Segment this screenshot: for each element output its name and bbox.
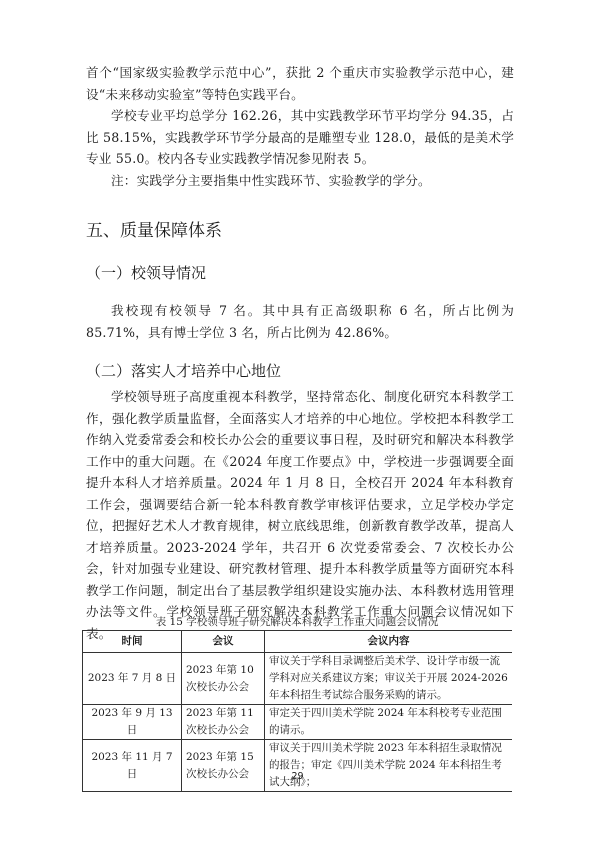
header-date: 时间: [83, 631, 182, 653]
document-page: 首个“国家级实验教学示范中心”，获批 2 个重庆市实验教学示范中心，建设“未来移…: [0, 0, 595, 842]
paragraph-note: 注：实践学分主要指集中性实践环节、实验教学的学分。: [86, 170, 514, 192]
section-heading-quality-assurance: 五、质量保障体系: [86, 216, 222, 241]
cell-date: 2023 年 7 月 8 日: [83, 653, 182, 705]
page-number: 29: [0, 771, 595, 782]
header-content: 会议内容: [265, 631, 513, 653]
table-row: 2023 年 9 月 13 日 2023 年第 11 次校长办公会 审定关于四川…: [83, 705, 513, 740]
cell-content: 审议关于学科目录调整后美术学、设计学市级一流学科对应关系建议方案；审议关于开展 …: [265, 653, 513, 705]
cell-content: 审议关于四川美术学院 2023 年本科招生录取情况的报告；审定《四川美术学院 2…: [265, 740, 513, 792]
meetings-table: 时间 会议 会议内容 2023 年 7 月 8 日 2023 年第 10 次校长…: [82, 630, 512, 792]
table-header-row: 时间 会议 会议内容: [83, 631, 513, 653]
cell-content: 审定关于四川美术学院 2024 年本科校考专业范围的请示。: [265, 705, 513, 740]
table-row: 2023 年 11 月 7 日 2023 年第 15 次校长办公会 审议关于四川…: [83, 740, 513, 792]
paragraph-practice-platform: 首个“国家级实验教学示范中心”，获批 2 个重庆市实验教学示范中心，建设“未来移…: [86, 62, 514, 105]
cell-meeting: 2023 年第 15 次校长办公会: [182, 740, 265, 792]
table-caption: 表 15 学校领导班子研究解决本科教学工作重大问题会议情况: [82, 614, 512, 629]
cell-date: 2023 年 9 月 13 日: [83, 705, 182, 740]
table-row: 2023 年 7 月 8 日 2023 年第 10 次校长办公会 审议关于学科目…: [83, 653, 513, 705]
header-meeting: 会议: [182, 631, 265, 653]
cell-date: 2023 年 11 月 7 日: [83, 740, 182, 792]
paragraph-talent-center: 学校领导班子高度重视本科教学，坚持常态化、制度化研究本科教学工作，强化教学质量监…: [86, 386, 514, 644]
subsection-heading-leadership: （一）校领导情况: [86, 262, 206, 283]
paragraph-leadership: 我校现有校领导 7 名。其中具有正高级职称 6 名，所占比例为 85.71%，具…: [86, 300, 514, 343]
paragraph-credits: 学校专业平均总学分 162.26，其中实践教学环节平均学分 94.35，占比 5…: [86, 105, 514, 170]
cell-meeting: 2023 年第 10 次校长办公会: [182, 653, 265, 705]
cell-meeting: 2023 年第 11 次校长办公会: [182, 705, 265, 740]
subsection-heading-talent-center: （二）落实人才培养中心地位: [86, 360, 281, 381]
